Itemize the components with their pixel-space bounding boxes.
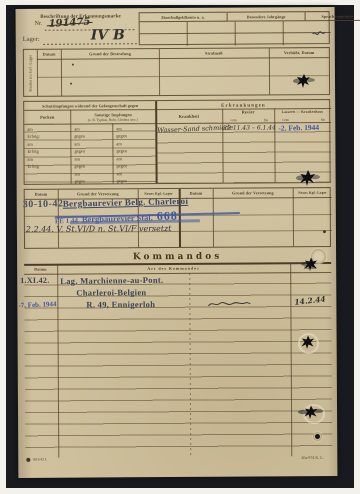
- kommando-datum-3: -7. Feb. 1944: [18, 300, 56, 310]
- ink-dot: [315, 434, 320, 439]
- impf-cell: am: [117, 171, 122, 176]
- print-code-left: 1616 42 I.: [26, 455, 65, 464]
- kommando-datum-1: 1.XI.42.: [20, 276, 49, 285]
- erkrankungen-col-revier: Revier: [242, 110, 255, 115]
- kommandos-col-art: Art des Kommandos: [147, 266, 199, 271]
- revier-dates-entry: 22.11.43 – 6.1.44: [223, 124, 276, 131]
- erkennungsmarke-block: Beschriftung der Erkennungsmarke Nr. 191…: [23, 11, 139, 46]
- impf-cell: am: [27, 127, 32, 132]
- scanned-document-page: Beschriftung der Erkennungsmarke Nr. 191…: [0, 0, 360, 494]
- impf-cell: gegen: [74, 134, 85, 139]
- print-code-right: 20a/974 K. L.: [301, 455, 323, 460]
- top-col-einschussgeld: Einschußgeldkonto u. a.: [161, 15, 204, 20]
- impf-cell: am: [75, 172, 80, 177]
- impf-cell: Erfolg:: [27, 134, 39, 139]
- pen-dot: [72, 64, 74, 66]
- bis-label: bis: [263, 118, 267, 122]
- lager-value: IV B: [91, 27, 125, 43]
- strafen-col-strafmass: Strafmaß: [205, 51, 223, 56]
- impfungen-erkrankungen: Schutzimpfungen während der Gefangenscha…: [23, 99, 331, 185]
- lager-label: Lager:: [23, 36, 40, 43]
- impfungen-title: Schutzimpfungen während der Gefangenscha…: [42, 103, 138, 108]
- ink-blot: [296, 168, 320, 188]
- versetzungen-table: Datum Grund der Versetzung Neues Kgf.-La…: [24, 187, 331, 249]
- strafen-col-verbuesst: Verbüßt, Datum: [284, 50, 314, 55]
- impfungen-col-pocken: Pocken: [40, 114, 54, 119]
- impf-cell: gegen: [75, 164, 86, 169]
- top-col-sprachkenntnisse: Sprachkenntnisse: [322, 14, 354, 19]
- vers-col-datum: Datum: [35, 192, 48, 197]
- impf-cell: Erfolg: [27, 149, 38, 154]
- pen-dot: [323, 230, 326, 233]
- impf-cell: am: [27, 157, 32, 162]
- strafen-col-grund: Grund der Bestrafung: [89, 51, 131, 56]
- vers-col-datum: Datum: [190, 191, 203, 196]
- impf-cell: am: [116, 156, 121, 161]
- strafen-col-datum: Datum: [42, 52, 55, 57]
- ink-squiggle: [312, 28, 326, 38]
- personalkarte-card: Beschriftung der Erkennungsmarke Nr. 191…: [16, 7, 338, 478]
- impfungen-rows: am am am Erfolg: gegen gegen am am am Er…: [24, 123, 155, 184]
- vom-label: vom: [282, 118, 288, 122]
- impfungen-col-sonstige-sub: (z. B. Typhus, Ruhr, Cholera usw.): [88, 118, 138, 121]
- print-mark-icon: [26, 457, 30, 461]
- impf-cell: gegen: [74, 149, 85, 154]
- impf-cell: am: [116, 126, 121, 131]
- kommando-art-1: Lag. Marchienne-au-Pont.: [60, 275, 163, 286]
- top-col-jahrgaenge: Besondere Jahrgänge: [247, 14, 286, 19]
- impf-cell: gegen: [75, 179, 86, 184]
- impf-cell: am: [74, 127, 79, 132]
- impf-cell: am: [74, 157, 79, 162]
- impf-cell: gegen: [117, 178, 128, 183]
- impf-cell: gegen: [116, 133, 127, 138]
- erkrankungen-col-krankheit: Krankheit: [178, 113, 199, 118]
- ink-blot: [301, 256, 321, 272]
- top-grid: Einschußgeldkonto u. a. Besondere Jahrgä…: [139, 11, 330, 45]
- signature-squiggle: [206, 298, 252, 310]
- kommandos-title: Kommandos: [133, 252, 222, 263]
- erkrankungen-title: Erkrankungen: [221, 102, 266, 108]
- vers-col-neues: Neues Kgf.-Lager: [298, 191, 327, 195]
- lazarett-date-stamp: -2. Feb. 1944: [278, 123, 319, 133]
- erkrankungen-col-lazarett: Lazarett — Krankenhaus: [282, 110, 324, 114]
- vers-col-grund: Grund der Versetzung: [232, 191, 274, 196]
- pen-dot: [70, 83, 72, 85]
- kommandos-section: Kommandos Datum Art des Kommandos Datum …: [24, 251, 332, 463]
- vers-col-neues: Neues Kgf.-Lager: [144, 191, 173, 195]
- vers-col-grund: Grund der Versetzung: [77, 192, 119, 197]
- impf-cell: gegen: [117, 163, 128, 168]
- impf-cell: am: [116, 141, 121, 146]
- lager-underline: [43, 43, 139, 45]
- versetzung-handwriting: 2.2.44. V. St.VI/D n. St.VI/F versetzt: [26, 224, 172, 234]
- impf-cell: gegen: [116, 148, 127, 153]
- ink-blot: [299, 334, 317, 350]
- ink-blot: [298, 404, 324, 420]
- impf-cell: am: [74, 142, 79, 147]
- kommando-art-3: R. 49, Ennigerloh: [86, 299, 155, 309]
- vom-label: vom: [230, 118, 236, 122]
- kommando-art-2: Charleroi-Belgien: [76, 287, 146, 297]
- strafen-side-label: Strafen im Gef.-Lager: [28, 54, 33, 91]
- versetzung-date-stamp: 30-10-42: [23, 198, 64, 210]
- impf-cell: am: [27, 142, 32, 147]
- impf-cell: Erfolg: [28, 164, 39, 169]
- strafen-table: Strafen im Gef.-Lager Datum Grund der Be…: [23, 47, 330, 97]
- ink-blot: [293, 72, 315, 90]
- impfungen-col-sonstige: Sonstige Impfungen: [94, 112, 131, 115]
- kommandos-col-datum: Datum: [35, 267, 47, 272]
- nr-label: Nr.: [35, 21, 43, 27]
- bis-label: bis: [320, 118, 324, 122]
